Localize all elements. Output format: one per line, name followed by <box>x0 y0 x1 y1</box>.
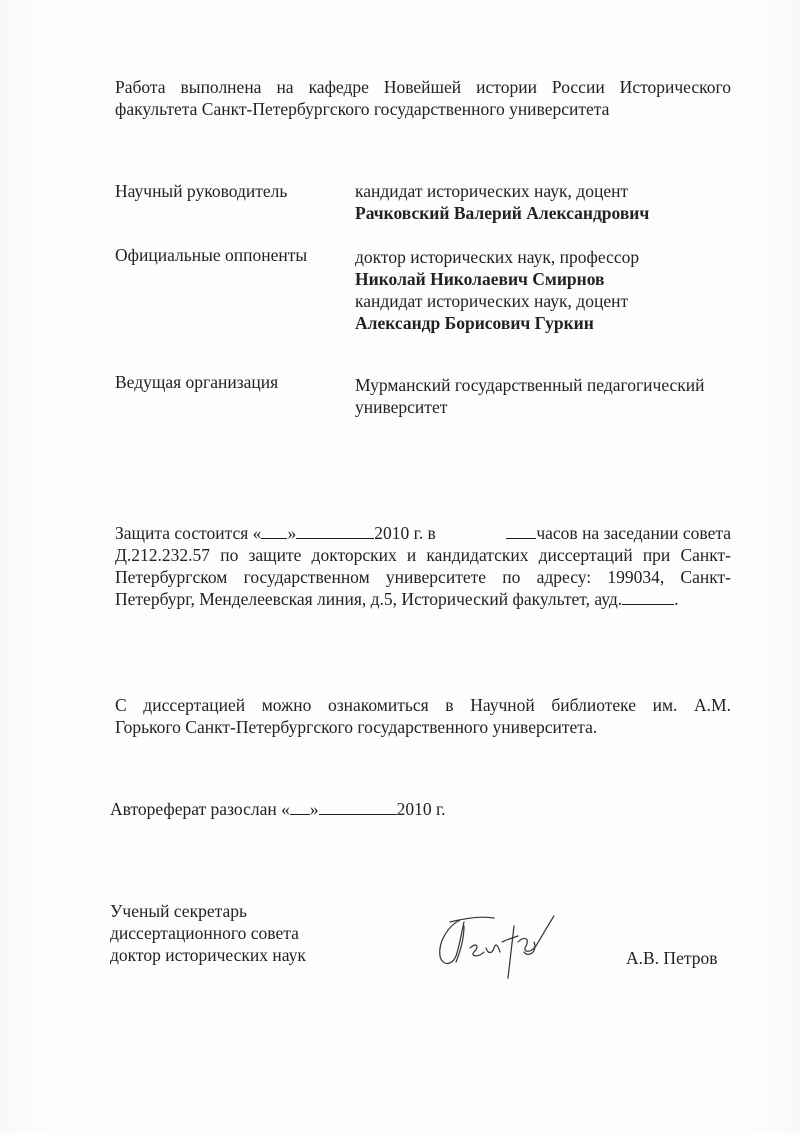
lead-org-label: Ведущая организация <box>115 371 278 393</box>
opponents-list: доктор исторических наук, профессор Нико… <box>355 246 639 334</box>
defense-line-1: Защита состоится «»2010 г. в часов на за… <box>115 522 731 544</box>
supervisor-degree: кандидат исторических наук, доцент <box>355 180 649 202</box>
secretary-name: А.В. Петров <box>626 948 717 969</box>
secretary-line-2: диссертационного совета <box>110 922 306 944</box>
library-paragraph: С диссертацией можно ознакомиться в Науч… <box>115 694 731 738</box>
library-line-2: Горького Санкт-Петербургского государств… <box>115 716 731 738</box>
defense-text-2: часов на заседании совета <box>506 522 731 544</box>
supervisor-label: Научный руководитель <box>115 180 287 202</box>
secretary-line-1: Ученый секретарь <box>110 900 306 922</box>
day-blank <box>261 523 287 539</box>
abstract-sent-line: Автореферат разослан «»2010 г. <box>110 798 446 820</box>
supervisor-value: кандидат исторических наук, доцент Рачко… <box>355 180 649 224</box>
secretary-block: Ученый секретарь диссертационного совета… <box>110 900 306 966</box>
library-line-1: С диссертацией можно ознакомиться в Науч… <box>115 694 731 716</box>
room-blank <box>622 589 674 605</box>
hour-blank <box>506 523 536 539</box>
lead-org-line-2: университет <box>355 396 705 418</box>
opponent-1-name: Николай Николаевич Смирнов <box>355 268 639 290</box>
intro-paragraph: Работа выполнена на кафедре Новейшей ист… <box>115 76 731 120</box>
secretary-line-3: доктор исторических наук <box>110 944 306 966</box>
intro-line-2: факультета Санкт-Петербургского государс… <box>115 98 731 120</box>
supervisor-name: Рачковский Валерий Александрович <box>355 202 649 224</box>
defense-line-3: Петербургском государственном университе… <box>115 566 731 588</box>
defense-line-4: Петербург, Менделеевская линия, д.5, Ист… <box>115 588 731 610</box>
defense-paragraph: Защита состоится «»2010 г. в часов на за… <box>115 522 731 610</box>
opponent-2-name: Александр Борисович Гуркин <box>355 312 639 334</box>
month-blank <box>296 523 374 539</box>
intro-line-1: Работа выполнена на кафедре Новейшей ист… <box>115 76 731 98</box>
lead-org-line-1: Мурманский государственный педагогически… <box>355 374 705 396</box>
lead-org-value: Мурманский государственный педагогически… <box>355 374 705 418</box>
defense-text-1: Защита состоится «»2010 г. в <box>115 522 436 544</box>
signature-icon <box>430 912 570 989</box>
opponents-label: Официальные оппоненты <box>115 244 307 266</box>
sent-month-blank <box>319 799 397 815</box>
opponent-2-degree: кандидат исторических наук, доцент <box>355 290 639 312</box>
opponent-1-degree: доктор исторических наук, профессор <box>355 246 639 268</box>
sent-day-blank <box>290 799 310 815</box>
defense-line-2: Д.212.232.57 по защите докторских и канд… <box>115 544 731 566</box>
